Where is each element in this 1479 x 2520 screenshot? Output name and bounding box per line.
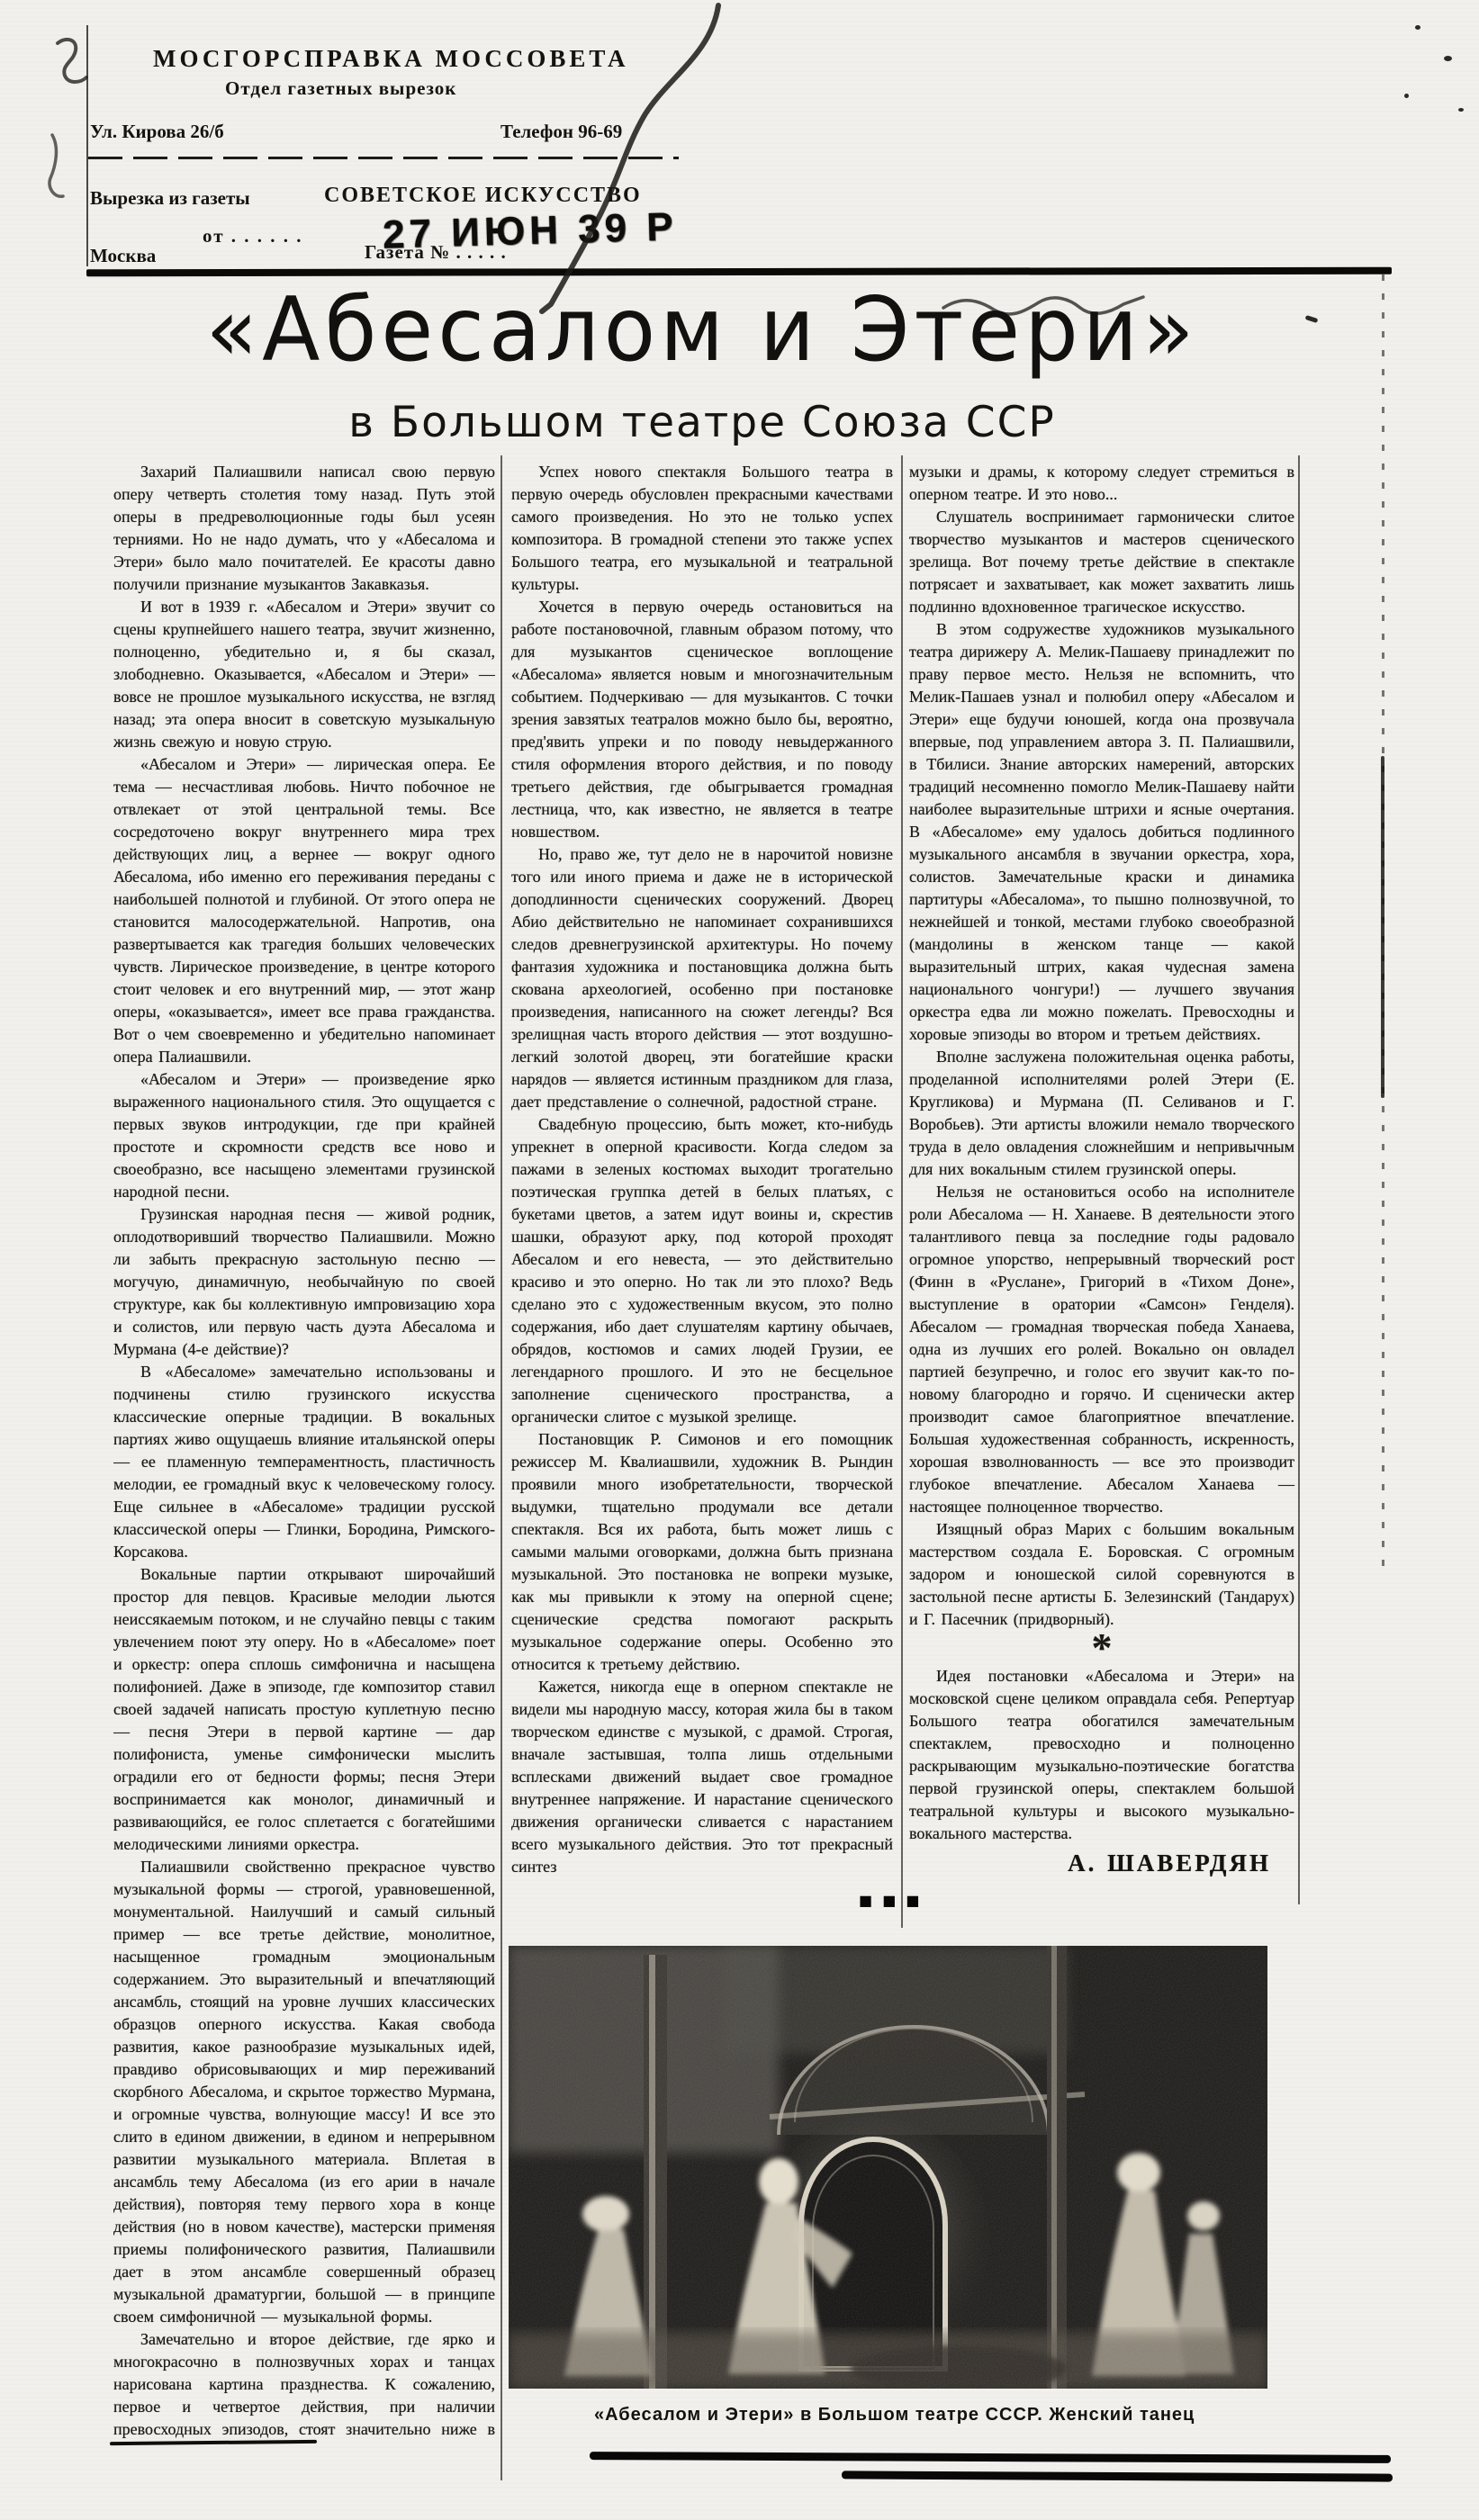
from-word: от xyxy=(203,225,225,247)
ink-underline-bar-1 xyxy=(590,2452,1391,2463)
scan-speck xyxy=(1458,108,1464,112)
paragraph: Слушатель воспринимает гармонически слит… xyxy=(909,506,1294,618)
column-divider-1 xyxy=(501,455,502,2480)
section-asterisk-separator: * xyxy=(909,1631,1294,1665)
stamp-box-left-edge xyxy=(86,25,88,266)
article-title: «Абесалом и Этери» xyxy=(99,284,1305,378)
scan-speck xyxy=(1404,94,1409,98)
stamp-org-line2: Отдел газетных вырезок xyxy=(225,77,456,100)
ink-underline-bar-2 xyxy=(842,2470,1393,2481)
paragraph: Идея постановки «Абесалома и Этери» на м… xyxy=(909,1665,1294,1845)
paragraph: И вот в 1939 г. «Абесалом и Этери» звучи… xyxy=(113,596,495,753)
paragraph: Грузинская народная песня — живой родник… xyxy=(113,1203,495,1361)
end-of-article-squares: ■ ■ ■ xyxy=(859,1892,923,1909)
scan-edge-solid-line xyxy=(1381,756,1384,1098)
scan-speck xyxy=(1415,25,1420,30)
column-3-upper-text: музыки и драмы, к которому следует стрем… xyxy=(909,461,1294,1631)
article-column-3: музыки и драмы, к которому следует стрем… xyxy=(909,461,1294,1875)
scan-speck xyxy=(1444,56,1452,61)
newspaper-name: СОВЕТСКОЕ ИСКУССТВО xyxy=(324,184,642,208)
column-divider-2 xyxy=(901,455,903,1928)
paragraph: «Абесалом и Этери» — лирическая опера. Е… xyxy=(113,753,495,1068)
paragraph: Изящный образ Марих с большим вокальным … xyxy=(909,1518,1294,1631)
paragraph: Но, право же, тут дело не в нарочитой но… xyxy=(511,843,893,1113)
newspaper-clipping-scan: МОСГОРСПРАВКА МОССОВЕТА Отдел газетных в… xyxy=(0,0,1479,2520)
stamp-phone: Телефон 96-69 xyxy=(501,121,622,143)
paragraph: Успех нового спектакля Большого театра в… xyxy=(511,461,893,596)
from-dotted-line: . . . . . . xyxy=(231,225,303,247)
issue-number-label: Газета № . . . . . xyxy=(365,241,507,264)
date-from-label: от . . . . . . xyxy=(203,225,303,247)
paragraph: Нельзя не остановиться особо на исполнит… xyxy=(909,1181,1294,1518)
column-3-lower-text: Идея постановки «Абесалома и Этери» на м… xyxy=(909,1665,1294,1845)
issue-dotted-line: . . . . . xyxy=(455,241,506,263)
column-divider-3 xyxy=(1298,455,1300,1904)
paragraph: «Абесалом и Этери» — произведение ярко в… xyxy=(113,1068,495,1203)
paragraph: Кажется, никогда еще в оперном спектакле… xyxy=(511,1676,893,1878)
paragraph: Постановщик Р. Симонов и его помощник ре… xyxy=(511,1428,893,1676)
paragraph: Вполне заслужена положительная оценка ра… xyxy=(909,1046,1294,1181)
article-column-2: Успех нового спектакля Большого театра в… xyxy=(511,461,893,1926)
photo-caption: «Абесалом и Этери» в Большом театре СССР… xyxy=(594,2405,1404,2425)
paragraph: Палиашвили свойственно прекрасное чувств… xyxy=(113,1856,495,2328)
paragraph: В «Абесаломе» замечательно использованы … xyxy=(113,1361,495,1563)
paragraph: музыки и драмы, к которому следует стрем… xyxy=(909,461,1294,506)
paragraph: Вокальные партии открывают широчайший пр… xyxy=(113,1563,495,1856)
clipping-source-label: Вырезка из газеты xyxy=(90,187,250,210)
paragraph: Хочется в первую очередь остановиться на… xyxy=(511,596,893,843)
paragraph: Захарий Палиашвили написал свою первую о… xyxy=(113,461,495,596)
stamp-org-line1: МОСГОРСПРАВКА МОССОВЕТА xyxy=(153,45,629,73)
issue-word: Газета № xyxy=(365,241,450,263)
paragraph: Свадебную процессию, быть может, кто-ниб… xyxy=(511,1113,893,1428)
author-signature: А. ШАВЕРДЯН xyxy=(909,1852,1294,1875)
header-separator-rule xyxy=(86,267,1392,277)
stamp-city: Москва xyxy=(90,245,156,267)
performance-photo xyxy=(509,1946,1267,2389)
paragraph: Замечательно и второе действие, где ярко… xyxy=(113,2328,495,2445)
scan-speck xyxy=(1305,315,1319,323)
article-column-1: Захарий Палиашвили написал свою первую о… xyxy=(113,461,495,2445)
stamp-dashed-rule xyxy=(88,157,679,159)
article-subtitle: в Большом театре Союза ССР xyxy=(99,400,1305,446)
paragraph: В этом содружестве художников музыкально… xyxy=(909,618,1294,1046)
stamp-address: Ул. Кирова 26/б xyxy=(90,121,224,143)
